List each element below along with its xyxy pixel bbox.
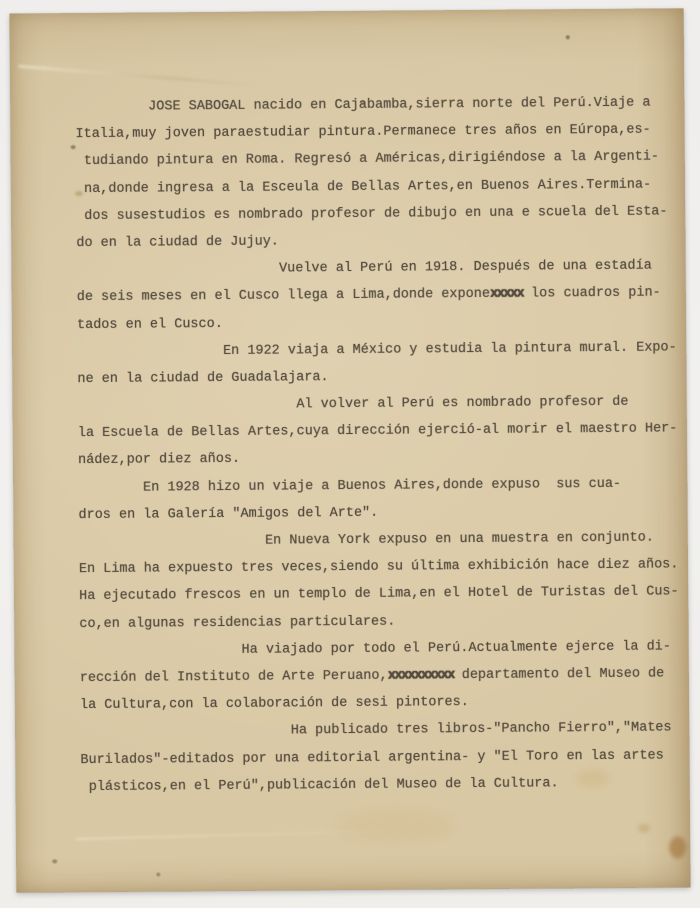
paper-sheet: JOSE SABOGAL nacido en Cajabamba,sierra … — [10, 8, 691, 892]
paper-stain — [336, 808, 456, 843]
foxing-spot — [156, 873, 160, 877]
text-line: tudiando pintura en Roma. Regresó a Amér… — [76, 144, 679, 176]
text-line: la Escuela de Bellas Artes,cuya direcció… — [78, 416, 681, 448]
text-line: Ha ejecutado frescos en un templo de Lim… — [79, 579, 682, 611]
scan-background: JOSE SABOGAL nacido en Cajabamba,sierra … — [0, 0, 700, 908]
text-line: dos susestudios es nombrado profesor de … — [76, 198, 679, 230]
text-line: En 1928 hizo un viaje a Buenos Aires,don… — [78, 470, 681, 502]
text-line: Ha publicado tres libros-"Pancho Fierro"… — [80, 715, 683, 747]
text-line: En 1922 viaja a México y estudia la pint… — [77, 334, 680, 366]
text-line: de seis meses en el Cusco llega a Lima,d… — [77, 280, 680, 312]
typewritten-text: JOSE SABOGAL nacido en Cajabamba,sierra … — [75, 89, 684, 801]
text-line: rección del Instituto de Arte Peruano,xx… — [80, 660, 683, 692]
text-line: Burilados"-editados por una editorial ar… — [80, 742, 683, 774]
strikeout-overtype: xxxxx — [490, 287, 523, 302]
text-line: na,donde ingresa a la Esceula de Bellas … — [76, 171, 679, 203]
foxing-spot — [638, 824, 650, 833]
foxing-spot — [52, 859, 57, 863]
paper-crease — [76, 830, 406, 840]
foxing-spot — [669, 836, 686, 858]
foxing-spot — [566, 35, 570, 39]
text-line: plásticos,en el Perú",publicación del Mu… — [81, 769, 684, 801]
paper-crease — [18, 65, 267, 88]
strikeout-overtype: xxxxxxxxxx — [388, 668, 454, 684]
